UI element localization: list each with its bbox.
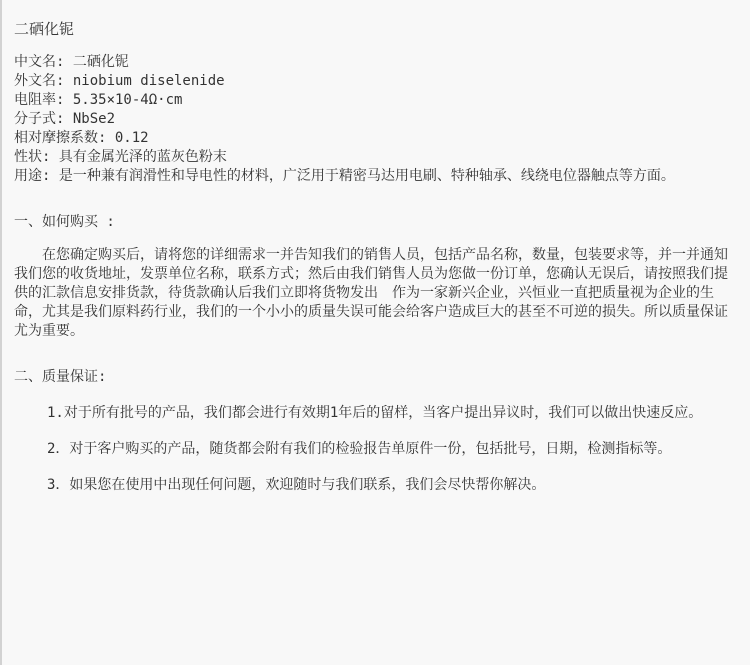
section-heading-how-to-buy: 一、如何购买 : bbox=[14, 213, 736, 232]
property-label: 电阻率 bbox=[14, 92, 73, 108]
property-list: 中文名二硒化铌 外文名niobium diselenide 电阻率5.35×10… bbox=[14, 53, 736, 186]
purchase-paragraph: 在您确定购买后，请将您的详细需求一并告知我们的销售人员，包括产品名称，数量，包装… bbox=[14, 246, 736, 341]
quality-guarantee-list: 1.对于所有批号的产品，我们都会进行有效期1年后的留样，当客户提出异议时，我们可… bbox=[14, 404, 736, 495]
page-title: 二硒化铌 bbox=[14, 19, 736, 39]
property-value: NbSe2 bbox=[73, 111, 115, 127]
property-row-usage: 用途是一种兼有润滑性和导电性的材料，广泛用于精密马达用电刷、特种轴承、线绕电位器… bbox=[14, 167, 736, 186]
property-label: 外文名 bbox=[14, 73, 73, 89]
property-row-chinese-name: 中文名二硒化铌 bbox=[14, 53, 736, 72]
property-row-resistivity: 电阻率5.35×10-4Ω·cm bbox=[14, 91, 736, 110]
quality-item-1: 1.对于所有批号的产品，我们都会进行有效期1年后的留样，当客户提出异议时，我们可… bbox=[14, 404, 736, 423]
quality-item-3: 3．如果您在使用中出现任何问题，欢迎随时与我们联系，我们会尽快帮你解决。 bbox=[14, 476, 736, 495]
property-row-formula: 分子式NbSe2 bbox=[14, 110, 736, 129]
property-label: 中文名 bbox=[14, 54, 73, 70]
property-label: 相对摩擦系数 bbox=[14, 130, 115, 146]
property-value: 二硒化铌 bbox=[73, 54, 129, 70]
property-value: 5.35×10-4Ω·cm bbox=[73, 92, 183, 108]
property-value: niobium diselenide bbox=[73, 73, 225, 89]
document-page: 二硒化铌 中文名二硒化铌 外文名niobium diselenide 电阻率5.… bbox=[0, 0, 748, 665]
property-label: 性状 bbox=[14, 149, 59, 165]
property-label: 用途 bbox=[14, 168, 59, 184]
property-value: 具有金属光泽的蓝灰色粉末 bbox=[59, 149, 227, 165]
property-value: 0.12 bbox=[115, 130, 149, 146]
property-row-foreign-name: 外文名niobium diselenide bbox=[14, 72, 736, 91]
property-value: 是一种兼有润滑性和导电性的材料，广泛用于精密马达用电刷、特种轴承、线绕电位器触点… bbox=[59, 168, 675, 184]
quality-item-2: 2．对于客户购买的产品，随货都会附有我们的检验报告单原件一份，包括批号，日期，检… bbox=[14, 440, 736, 459]
property-row-appearance: 性状具有金属光泽的蓝灰色粉末 bbox=[14, 148, 736, 167]
property-label: 分子式 bbox=[14, 111, 73, 127]
property-row-friction-coefficient: 相对摩擦系数0.12 bbox=[14, 129, 736, 148]
section-heading-quality-guarantee: 二、质量保证: bbox=[14, 368, 736, 387]
